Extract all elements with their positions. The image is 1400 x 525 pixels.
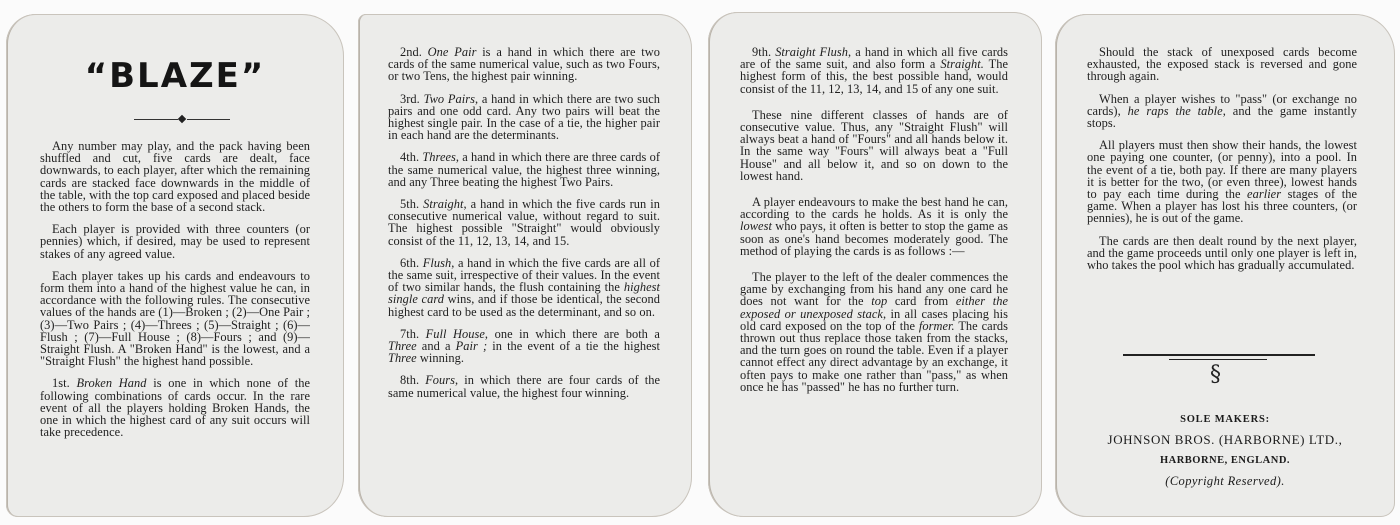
- rule-fours: 8th. Fours, in which there are four card…: [388, 374, 660, 398]
- play-method-paragraph: The player to the left of the dealer com…: [740, 271, 1008, 393]
- rule-emphasis: Three: [388, 351, 417, 365]
- rule-card-2: 2nd. One Pair is a hand in which there a…: [358, 14, 692, 517]
- stack-exhausted-paragraph: Should the stack of unexposed cards beco…: [1087, 46, 1357, 83]
- copyright-notice: (Copyright Reserved).: [1055, 474, 1395, 489]
- show-hands-paragraph: All players must then show their hands, …: [1087, 139, 1357, 224]
- company-name: JOHNSON BROS. (HARBORNE) LTD.,: [1055, 432, 1395, 448]
- rule-threes: 4th. Threes, a hand in which there are t…: [388, 151, 660, 188]
- text: The cards thrown out thus replace those …: [740, 319, 1008, 394]
- maker-monogram-icon: §: [1210, 364, 1221, 386]
- ornament-line-right: [187, 119, 230, 120]
- pass-paragraph: When a player wishes to "pass" (or excha…: [1087, 93, 1357, 130]
- rule-two-pairs: 3rd. Two Pairs, a hand in which there ar…: [388, 93, 660, 142]
- rule-card-3: 9th. Straight Flush, a hand in which all…: [708, 12, 1042, 517]
- makers-block: SOLE MAKERS: JOHNSON BROS. (HARBORNE) LT…: [1055, 414, 1395, 489]
- ornament-line-left: [134, 119, 178, 120]
- divider-line-short: [1169, 359, 1267, 360]
- rule-one-pair: 2nd. One Pair is a hand in which there a…: [388, 46, 660, 83]
- rule-card-4: Should the stack of unexposed cards beco…: [1055, 14, 1395, 517]
- rule-text: winning.: [417, 351, 464, 365]
- strategy-paragraph: A player endeavours to make the best han…: [740, 196, 1008, 257]
- card2-body: 2nd. One Pair is a hand in which there a…: [388, 46, 660, 409]
- rule-broken-hand: 1st. Broken Hand is one in which none of…: [40, 377, 310, 438]
- card4-body: Should the stack of unexposed cards beco…: [1087, 46, 1357, 281]
- hand-classes-paragraph: These nine different classes of hands ar…: [740, 109, 1008, 182]
- hand-values-paragraph: Each player takes up his cards and endea…: [40, 270, 310, 368]
- diamond-icon: [178, 115, 186, 123]
- card3-body: 9th. Straight Flush, a hand in which all…: [740, 46, 1008, 403]
- company-location: HARBORNE, ENGLAND.: [1055, 455, 1395, 466]
- divider-line: [1123, 354, 1315, 356]
- rule-emphasis: he raps the table: [1128, 104, 1223, 118]
- rule-card-1: “BLAZE” Any number may play, and the pac…: [6, 14, 344, 517]
- next-deal-paragraph: The cards are then dealt round by the ne…: [1087, 235, 1357, 272]
- intro-paragraph: Any number may play, and the pack having…: [40, 140, 310, 213]
- counters-paragraph: Each player is provided with three count…: [40, 223, 310, 260]
- sole-makers-label: SOLE MAKERS:: [1055, 414, 1395, 425]
- rule-text: in the event of a tie the highest: [487, 339, 660, 353]
- rule-flush: 6th. Flush, a hand in which the five car…: [388, 257, 660, 318]
- rule-full-house: 7th. Full House, one in which there are …: [388, 328, 660, 365]
- title-ornament-divider: [134, 116, 230, 124]
- game-title: “BLAZE”: [6, 56, 344, 96]
- rule-straight-flush: 9th. Straight Flush, a hand in which all…: [740, 46, 1008, 95]
- card1-body: Any number may play, and the pack having…: [40, 140, 310, 448]
- text: who pays, it often is better to stop the…: [740, 219, 1008, 257]
- text: A player endeavours to make the best han…: [740, 195, 1008, 221]
- rule-straight: 5th. Straight, a hand in which the five …: [388, 198, 660, 247]
